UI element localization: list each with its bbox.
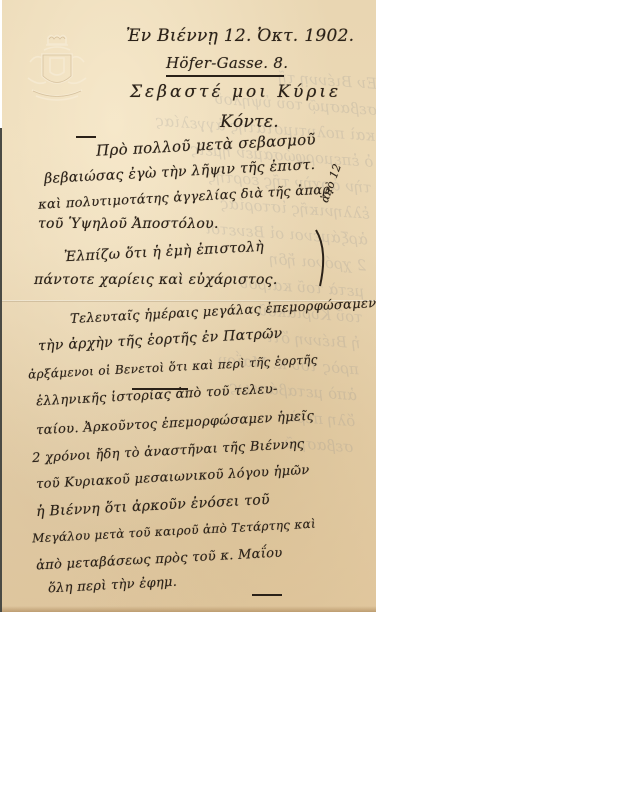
closing-dash bbox=[252, 594, 282, 596]
body-line-8: τὴν ἀρχὴν τῆς ἑορτῆς ἐν Πατρῶν bbox=[38, 326, 283, 355]
body-line-9: ἀρξάμενοι οἱ Βενετοὶ ὅτι καὶ περὶ τῆς ἑο… bbox=[28, 352, 318, 381]
body-line-1: Πρὸ πολλοῦ μετὰ σεβασμοῦ bbox=[96, 130, 317, 159]
letter-paper: Ἐν Βιέννῃ τῇ σεβασμῷ τοῦ ὑψηλοῦ καὶ πολυ… bbox=[2, 0, 376, 612]
body-line-6: πάντοτε χαρίεις καὶ εὐχάριστος. bbox=[34, 272, 278, 288]
margin-bracket-stroke bbox=[314, 228, 330, 288]
body-line-2: βεβαιώσας ἐγὼ τὴν λῆψιν τῆς ἐπιστ. bbox=[44, 157, 316, 187]
body-line-14: ἡ Βιέννη ὅτι ἀρκοῦν ἐνόσει τοῦ bbox=[36, 492, 271, 520]
address-underline bbox=[166, 75, 284, 77]
address-line: Höfer-Gasse. 8. bbox=[166, 54, 288, 72]
body-line-3: καὶ πολυτιμοτάτης ἀγγελίας διὰ τῆς ἀπαρ. bbox=[38, 182, 335, 213]
addressee-name: Κόντε. bbox=[220, 112, 279, 132]
embossed-crest-icon bbox=[24, 32, 90, 108]
body-line-11: ταίου. Ἀρκοῦντος ἐπεμορφώσαμεν ἡμεῖς bbox=[36, 409, 315, 439]
body-line-10: ἑλληνικῆς ἱστορίας ἀπὸ τοῦ τελευ- bbox=[36, 382, 278, 410]
salutation-line: Σεβαστέ μοι Κύριε bbox=[130, 82, 341, 102]
body-line-16: ἀπὸ μεταβάσεως πρὸς τοῦ κ. Μαΐου bbox=[36, 546, 283, 574]
body-line-12: 2 χρόνοι ἤδη τὸ ἀναστῆναι τῆς Βιέννης bbox=[32, 437, 305, 466]
body-line-15: Μεγάλου μετὰ τοῦ καιροῦ ἀπὸ Τετάρτης καὶ bbox=[32, 517, 316, 546]
body-line-5: Ἐλπίζω ὅτι ἡ ἐμὴ ἐπιστολὴ bbox=[64, 239, 265, 265]
place-date-line: Ἐν Βιέννῃ 12. Ὀκτ. 1902. bbox=[126, 26, 354, 46]
body-line-13: τοῦ Κυριακοῦ μεσαιωνικοῦ λόγου ἡμῶν bbox=[36, 463, 310, 492]
body-line-17: ὅλη περὶ τὴν ἐφημ. bbox=[48, 575, 178, 597]
body-line-4: τοῦ Ὑψηλοῦ Ἀποστόλου. bbox=[38, 216, 219, 232]
paragraph-mark bbox=[76, 136, 96, 138]
